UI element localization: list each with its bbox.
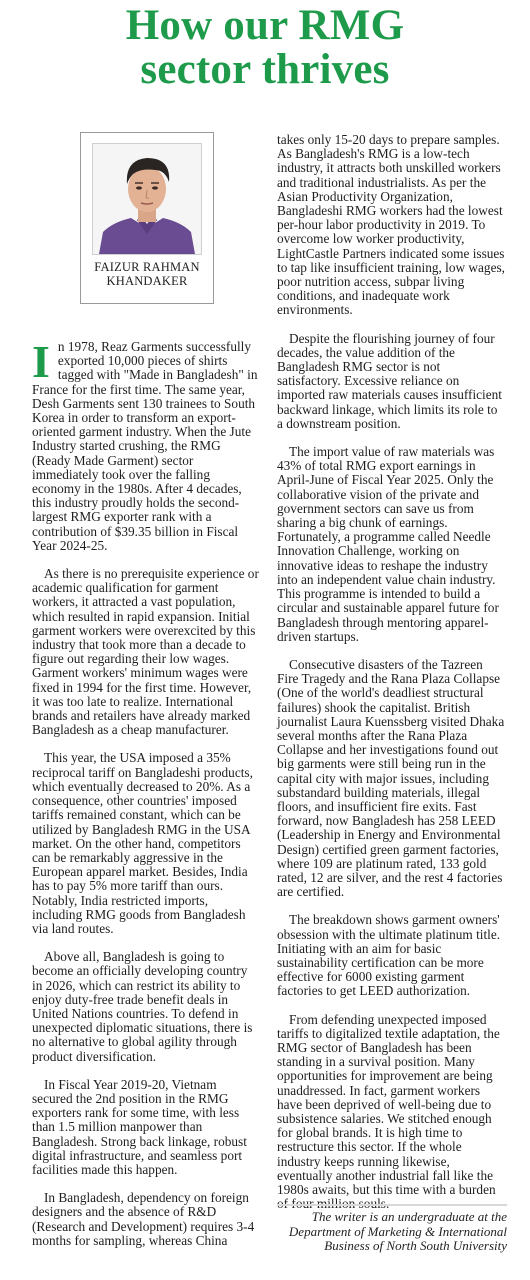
headline-line-1: How our RMG — [100, 4, 430, 48]
author-portrait-icon — [93, 144, 201, 254]
drop-cap: I — [32, 342, 50, 382]
article-paragraph: The import value of raw materials was 43… — [277, 445, 505, 644]
article-paragraph: In Fiscal Year 2019-20, Vietnam secured … — [32, 1078, 260, 1177]
article-paragraph: As there is no prerequisite experience o… — [32, 567, 260, 737]
article-paragraph: From defending unexpected imposed tariff… — [277, 1013, 505, 1212]
article-paragraph: The breakdown shows garment owners' obse… — [277, 913, 505, 998]
article-paragraph: takes only 15-20 days to prepare samples… — [277, 133, 505, 318]
author-name: FAIZUR RAHMAN KHANDAKER — [81, 260, 213, 288]
article-paragraph: Above all, Bangladesh is going to become… — [32, 950, 260, 1064]
article-column-right: takes only 15-20 days to prepare samples… — [277, 133, 505, 1225]
writer-note-divider — [277, 1204, 507, 1206]
article-column-left: In 1978, Reaz Garments successfully expo… — [32, 340, 260, 1262]
writer-note: The writer is an undergraduate at the De… — [277, 1210, 507, 1254]
author-photo — [92, 143, 202, 255]
headline: How our RMG sector thrives — [100, 4, 430, 92]
article-paragraph: In 1978, Reaz Garments successfully expo… — [32, 340, 260, 553]
headline-line-2: sector thrives — [100, 48, 430, 92]
article-paragraph: In Bangladesh, dependency on foreign des… — [32, 1191, 260, 1248]
article-paragraph: Consecutive disasters of the Tazreen Fir… — [277, 658, 505, 899]
article-paragraph: Despite the flourishing journey of four … — [277, 332, 505, 431]
article-paragraph: This year, the USA imposed a 35% recipro… — [32, 751, 260, 936]
author-box: FAIZUR RAHMAN KHANDAKER — [80, 132, 214, 304]
